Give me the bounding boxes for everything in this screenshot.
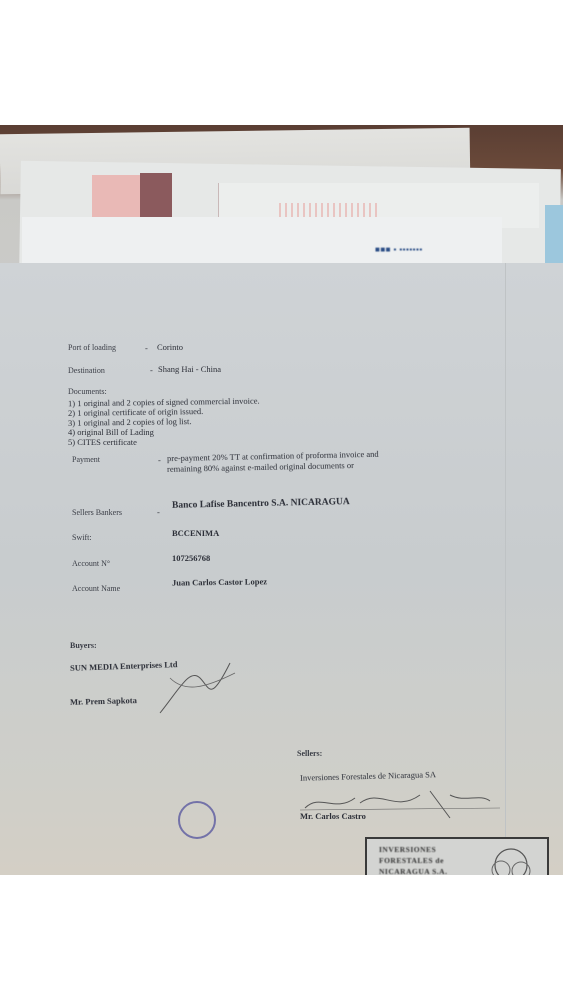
account-name-label: Account Name bbox=[72, 584, 120, 593]
destination-label: Destination bbox=[68, 366, 105, 375]
contract-page: Port of loading - Corinto Destination - … bbox=[0, 263, 563, 875]
buyer-signature bbox=[150, 658, 240, 718]
buyer-seal-icon bbox=[178, 801, 216, 839]
port-of-loading-label: Port of loading bbox=[68, 343, 116, 352]
sellers-bankers-value: Banco Lafise Bancentro S.A. NICARAGUA bbox=[172, 497, 350, 511]
documents-heading: Documents: bbox=[68, 387, 107, 396]
buyers-signatory: Mr. Prem Sapkota bbox=[70, 695, 137, 707]
tree-icon bbox=[481, 845, 541, 875]
destination-value: Shang Hai - China bbox=[158, 364, 221, 374]
account-name-value: Juan Carlos Castor Lopez bbox=[172, 576, 267, 587]
pink-card bbox=[92, 175, 140, 220]
sellers-heading: Sellers: bbox=[297, 749, 322, 758]
swift-value: BCCENIMA bbox=[172, 528, 219, 538]
port-of-loading-value: Corinto bbox=[157, 342, 183, 352]
sellers-bankers-label: Sellers Bankers bbox=[72, 508, 122, 517]
sellers-signatory: Mr. Carlos Castro bbox=[300, 811, 366, 821]
blue-stamp-text: ■■■ ▪ ▪▪▪▪▪▪▪ bbox=[375, 245, 423, 254]
document-photo: ■■■ ▪ ▪▪▪▪▪▪▪ Port of loading - Corinto … bbox=[0, 125, 563, 875]
account-no-value: 107256768 bbox=[172, 553, 210, 563]
payment-label: Payment bbox=[72, 455, 100, 464]
sellers-company: Inversiones Forestales de Nicaragua SA bbox=[300, 769, 436, 783]
company-stamp: INVERSIONES FORESTALES de NICARAGUA S.A.… bbox=[365, 837, 549, 875]
account-no-label: Account N° bbox=[72, 559, 110, 568]
documents-item: 4) original Bill of Lading bbox=[68, 427, 154, 437]
buyers-heading: Buyers: bbox=[70, 641, 97, 650]
documents-item: 5) CITES certificate bbox=[68, 437, 137, 447]
blue-folder-edge bbox=[545, 205, 563, 265]
swift-label: Swift: bbox=[72, 533, 92, 542]
passport-cover bbox=[140, 173, 172, 218]
